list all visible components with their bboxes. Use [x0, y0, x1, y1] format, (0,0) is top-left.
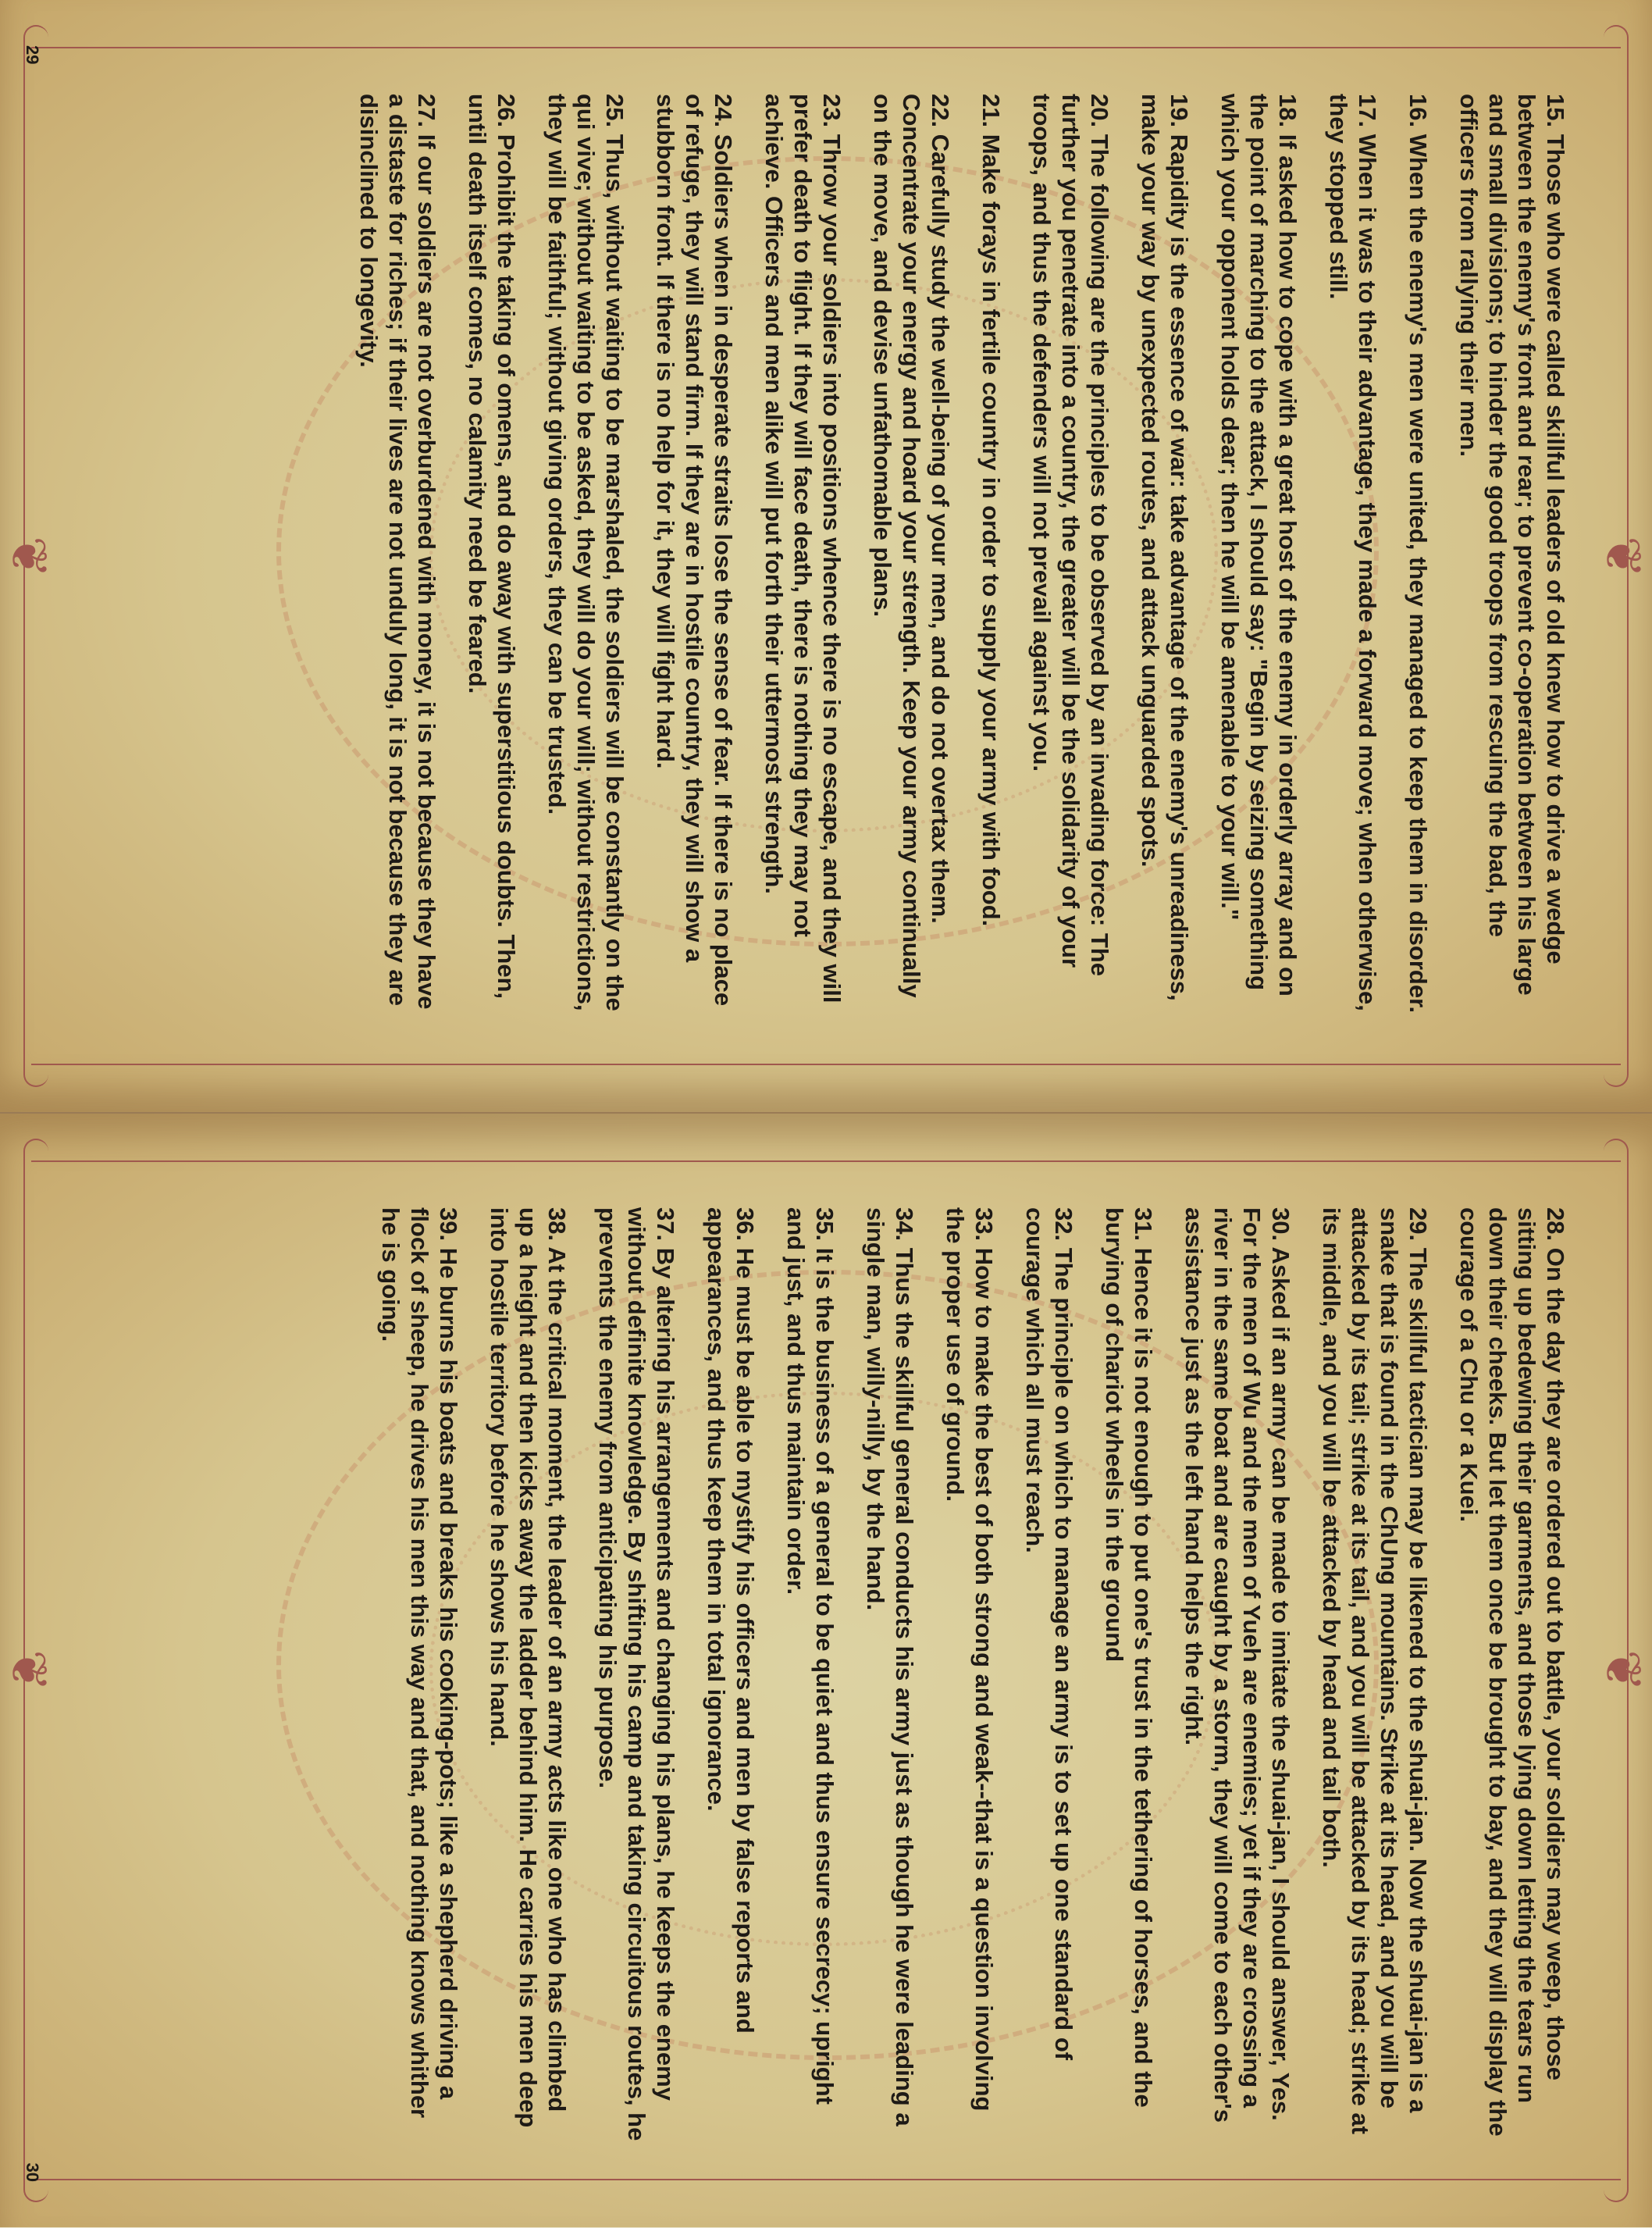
page-30-text: 28. On the day they are ordered out to b…	[354, 1207, 1570, 2141]
paragraph: 32. The principle on which to manage an …	[1020, 1207, 1078, 2141]
page-29: ❦ ❦ 15. Those who were called skillful l…	[0, 0, 1652, 1114]
page-30: ❦ ❦ 28. On the day they are ordered out …	[0, 1114, 1652, 2227]
paragraph: 39. He burns his boats and breaks his co…	[376, 1207, 463, 2141]
paragraph: 21. Make forays in fertile country in or…	[977, 94, 1006, 1026]
paragraph: 26. Prohibit the taking of omens, and do…	[463, 94, 521, 1026]
paragraph: 34. Thus the skillful general conducts h…	[861, 1207, 919, 2141]
paragraph: 17. When it was to their advantage, they…	[1324, 94, 1382, 1026]
paragraph: 23. Throw your soldiers into positions w…	[760, 94, 846, 1026]
flourish-icon: ❦	[2, 529, 56, 584]
page-number: 29	[22, 45, 42, 64]
paragraph: 37. By altering his arrangements and cha…	[593, 1207, 680, 2141]
paragraph: 24. Soldiers when in desperate straits l…	[651, 94, 738, 1026]
paragraph: 31. Hence it is not enough to put one's …	[1100, 1207, 1158, 2141]
paragraph: 25. Thus, without waiting to be marshale…	[543, 94, 629, 1026]
flourish-icon: ❦	[1596, 1643, 1650, 1698]
page-number: 30	[22, 2163, 42, 2182]
paragraph: 29. The skillful tactician may be likene…	[1317, 1207, 1433, 2141]
paragraph: 22. Carefully study the well-being of yo…	[868, 94, 955, 1026]
paragraph: 27. If our soldiers are not overburdened…	[354, 94, 441, 1026]
paragraph: 38. At the critical moment, the leader o…	[485, 1207, 571, 2141]
paragraph: 28. On the day they are ordered out to b…	[1454, 1207, 1570, 2141]
book-spread: ❦ ❦ 15. Those who were called skillful l…	[0, 0, 1652, 2228]
paragraph: 15. Those who were called skillful leade…	[1454, 94, 1570, 1026]
paragraph: 20. The following are the principles to …	[1027, 94, 1114, 1026]
paragraph: 35. It is the business of a general to b…	[781, 1207, 839, 2141]
paragraph: 16. When the enemy's men were united, th…	[1404, 94, 1433, 1026]
flourish-icon: ❦	[1596, 529, 1650, 584]
paragraph: 33. How to make the best of both strong …	[941, 1207, 999, 2141]
paragraph: 36. He must be able to mystify his offic…	[702, 1207, 760, 2141]
paragraph: 30. Asked if an army can be made to imit…	[1180, 1207, 1295, 2141]
paragraph: 18. If asked how to cope with a great ho…	[1216, 94, 1302, 1026]
flourish-icon: ❦	[2, 1643, 56, 1698]
page-29-text: 15. Those who were called skillful leade…	[333, 94, 1570, 1026]
paragraph: 19. Rapidity is the essence of war: take…	[1136, 94, 1194, 1026]
